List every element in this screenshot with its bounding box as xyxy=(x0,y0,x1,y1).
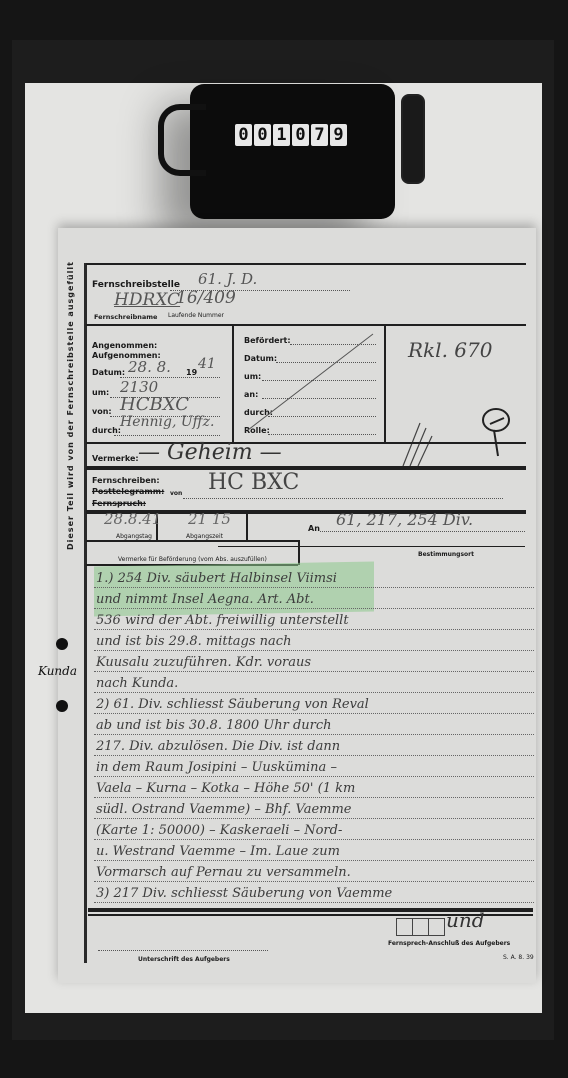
counter-digit: 9 xyxy=(330,124,347,146)
datum-label: Datum: xyxy=(92,368,125,377)
abgangstag-label: Abgangstag xyxy=(116,533,152,540)
fernschreibname-value: HDRXC xyxy=(114,290,180,310)
body-line: nach Kunda. xyxy=(96,676,178,691)
laufende-nummer-label: Laufende Nummer xyxy=(168,312,224,319)
von-label: von: xyxy=(92,407,112,416)
vertical-note: Dieser Teil wird von der Fernschreibstel… xyxy=(66,260,80,550)
an-value: 61, 217, 254 Div. xyxy=(336,510,473,529)
body-line: Vormarsch auf Pernau zu versammeln. xyxy=(96,865,351,880)
fernschreibstelle-value: 61. J. D. xyxy=(198,270,257,288)
frame-counter-device: 0 0 1 0 7 9 xyxy=(190,84,395,219)
abgangstag-value: 28.8.41 xyxy=(104,510,161,528)
body-line: Kuusalu zuzuführen. Kdr. voraus xyxy=(96,655,311,670)
body-line: Vaela – Kurna – Kotka – Höhe 50' (1 km xyxy=(96,781,355,796)
counter-digits: 0 0 1 0 7 9 xyxy=(235,124,347,146)
anschluss-label: Fernsprech-Anschluß des Aufgebers xyxy=(388,940,510,947)
von-label: von xyxy=(170,490,182,497)
stamp-number: Rkl. 670 xyxy=(408,338,492,362)
body-line: (Karte 1: 50000) – Kaskeraeli – Nord- xyxy=(96,823,342,838)
form-code: S. A. 8. 39 xyxy=(503,954,534,961)
strike-through-diagonal xyxy=(248,332,378,432)
counter-digit: 1 xyxy=(273,124,290,146)
type-fernspruch: Fernspruch: xyxy=(92,499,146,508)
type-posttelegramm: Posttelegramm: xyxy=(92,487,164,496)
counter-digit: 0 xyxy=(235,124,252,146)
year-value: 41 xyxy=(198,356,216,372)
anschluss-value: und xyxy=(446,908,485,932)
abgangszeit-value: 21 15 xyxy=(188,510,231,528)
fernschreibname-label: Fernschreibname xyxy=(94,313,157,321)
um-label: um: xyxy=(92,388,109,397)
left-margin-rule xyxy=(84,263,87,963)
body-line: 3) 217 Div. schliesst Säuberung von Vaem… xyxy=(96,886,392,901)
von-value: HCBXC xyxy=(120,394,189,415)
laufende-nummer-value: 16/409 xyxy=(176,288,236,308)
vermerke-value: — Geheim — xyxy=(138,440,282,465)
vermerke-befoerderung-label: Vermerke für Beförderung (vom Abs. auszu… xyxy=(118,556,267,563)
initial-mark-icon xyxy=(478,406,518,461)
an-label: An xyxy=(308,524,320,533)
body-line: ab und ist bis 30.8. 1800 Uhr durch xyxy=(96,718,332,733)
year-prefix: 19 xyxy=(186,368,197,377)
telegram-form: Dieser Teil wird von der Fernschreibstel… xyxy=(58,228,536,983)
body-line: 217. Div. abzulösen. Die Div. ist dann xyxy=(96,739,340,754)
counter-cable xyxy=(158,104,206,176)
body-line: u. Westrand Vaemme – Im. Laue zum xyxy=(96,844,340,859)
type-fernschreiben: Fernschreiben: xyxy=(92,476,160,485)
counter-digit: 0 xyxy=(292,124,309,146)
unterschrift-label: Unterschrift des Aufgebers xyxy=(138,956,230,963)
bestimmungsort-label: Bestimmungsort xyxy=(418,551,474,558)
counter-digit: 7 xyxy=(311,124,328,146)
punch-hole xyxy=(56,700,68,712)
margin-note: Kunda xyxy=(38,664,77,678)
body-line: 2) 61. Div. schliesst Säuberung von Reva… xyxy=(96,697,369,712)
body-line: und ist bis 29.8. mittags nach xyxy=(96,634,291,649)
body-line: 536 wird der Abt. freiwillig unterstellt xyxy=(96,613,349,628)
punch-hole xyxy=(56,638,68,650)
counter-knob xyxy=(401,94,425,184)
datum-value: 28. 8. xyxy=(128,358,171,376)
durch-label: durch: xyxy=(92,426,121,435)
angenommen-label: Angenommen: xyxy=(92,341,157,350)
body-line: 1.) 254 Div. säubert Halbinsel Viimsi xyxy=(96,571,337,586)
body-line: südl. Ostrand Vaemme) – Bhf. Vaemme xyxy=(96,802,351,817)
von-value: HC BXC xyxy=(208,470,299,495)
durch-value: Hennig, Uffz. xyxy=(120,414,214,430)
abgangszeit-label: Abgangszeit xyxy=(186,533,223,540)
fernschreibstelle-label: Fernschreibstelle xyxy=(92,280,180,290)
vermerke-label: Vermerke: xyxy=(92,454,139,463)
counter-digit: 0 xyxy=(254,124,271,146)
body-line: und nimmt Insel Aegna. Art. Abt. xyxy=(96,592,314,607)
body-line: in dem Raum Josipini – Uuskümina – xyxy=(96,760,337,775)
